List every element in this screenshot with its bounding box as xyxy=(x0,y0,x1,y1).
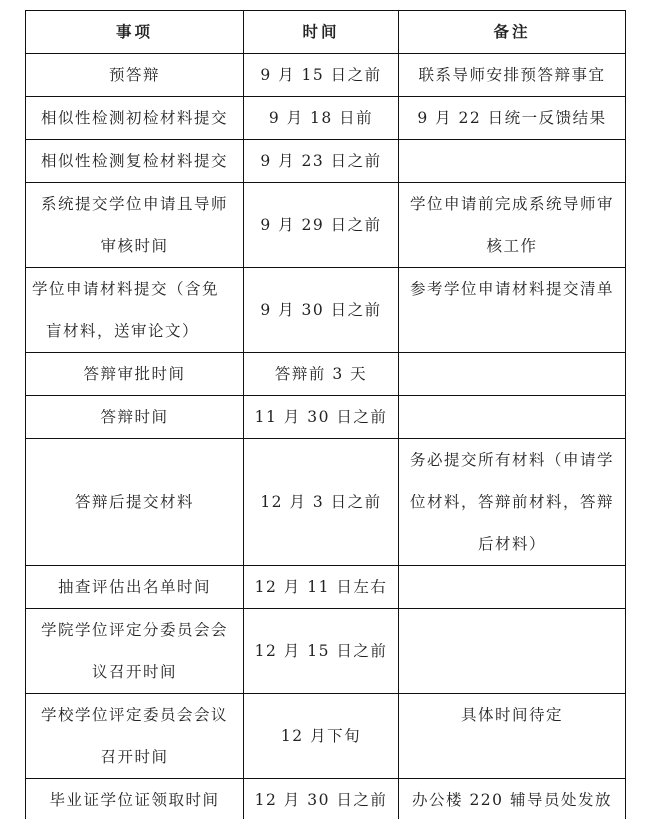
table-row: 学位申请材料提交（含免 盲材料，送审论文） 9 月 30 日之前 参考学位申请材… xyxy=(26,268,626,353)
cell-note xyxy=(399,396,626,439)
cell-time: 9 月 15 日之前 xyxy=(244,54,399,97)
table-row: 学校学位评定委员会会议 召开时间 12 月下旬 具体时间待定 xyxy=(26,694,626,779)
header-item: 事项 xyxy=(26,11,244,54)
cell-time: 答辩前 3 天 xyxy=(244,353,399,396)
cell-item: 抽查评估出名单时间 xyxy=(26,566,244,609)
table-row: 抽查评估出名单时间 12 月 11 日左右 xyxy=(26,566,626,609)
cell-item: 预答辩 xyxy=(26,54,244,97)
cell-note xyxy=(399,566,626,609)
cell-time: 9 月 29 日之前 xyxy=(244,183,399,268)
cell-time: 12 月 11 日左右 xyxy=(244,566,399,609)
cell-time: 12 月 30 日之前 xyxy=(244,779,399,819)
cell-time: 11 月 30 日之前 xyxy=(244,396,399,439)
cell-note: 联系导师安排预答辩事宜 xyxy=(399,54,626,97)
cell-item: 答辩时间 xyxy=(26,396,244,439)
cell-note: 具体时间待定 xyxy=(399,694,626,779)
cell-item: 相似性检测复检材料提交 xyxy=(26,140,244,183)
cell-note xyxy=(399,140,626,183)
cell-item: 答辩审批时间 xyxy=(26,353,244,396)
cell-time: 12 月 3 日之前 xyxy=(244,439,399,566)
table-row: 学院学位评定分委员会会 议召开时间 12 月 15 日之前 xyxy=(26,609,626,694)
cell-time: 9 月 18 日前 xyxy=(244,97,399,140)
cell-time: 9 月 23 日之前 xyxy=(244,140,399,183)
cell-note: 参考学位申请材料提交清单 xyxy=(399,268,626,353)
cell-item: 学位申请材料提交（含免 盲材料，送审论文） xyxy=(26,268,244,353)
cell-item: 毕业证学位证领取时间 xyxy=(26,779,244,819)
header-note: 备注 xyxy=(399,11,626,54)
table-row: 系统提交学位申请且导师 审核时间 9 月 29 日之前 学位申请前完成系统导师审… xyxy=(26,183,626,268)
table-row: 答辩后提交材料 12 月 3 日之前 务必提交所有材料（申请学 位材料，答辩前材… xyxy=(26,439,626,566)
cell-item: 学院学位评定分委员会会 议召开时间 xyxy=(26,609,244,694)
cell-time: 12 月 15 日之前 xyxy=(244,609,399,694)
cell-note: 9 月 22 日统一反馈结果 xyxy=(399,97,626,140)
table-row: 相似性检测复检材料提交 9 月 23 日之前 xyxy=(26,140,626,183)
cell-note xyxy=(399,353,626,396)
cell-note: 学位申请前完成系统导师审 核工作 xyxy=(399,183,626,268)
cell-note xyxy=(399,609,626,694)
table-row: 答辩时间 11 月 30 日之前 xyxy=(26,396,626,439)
cell-time: 12 月下旬 xyxy=(244,694,399,779)
cell-item: 相似性检测初检材料提交 xyxy=(26,97,244,140)
table-row: 毕业证学位证领取时间 12 月 30 日之前 办公楼 220 辅导员处发放 xyxy=(26,779,626,819)
table-row: 相似性检测初检材料提交 9 月 18 日前 9 月 22 日统一反馈结果 xyxy=(26,97,626,140)
cell-note: 务必提交所有材料（申请学 位材料，答辩前材料，答辩 后材料） xyxy=(399,439,626,566)
schedule-table: 事项 时间 备注 预答辩 9 月 15 日之前 联系导师安排预答辩事宜 相似性检… xyxy=(25,10,626,819)
table-row: 预答辩 9 月 15 日之前 联系导师安排预答辩事宜 xyxy=(26,54,626,97)
cell-item: 系统提交学位申请且导师 审核时间 xyxy=(26,183,244,268)
cell-note: 办公楼 220 辅导员处发放 xyxy=(399,779,626,819)
header-row: 事项 时间 备注 xyxy=(26,11,626,54)
cell-item: 答辩后提交材料 xyxy=(26,439,244,566)
cell-time: 9 月 30 日之前 xyxy=(244,268,399,353)
header-time: 时间 xyxy=(244,11,399,54)
table-body: 预答辩 9 月 15 日之前 联系导师安排预答辩事宜 相似性检测初检材料提交 9… xyxy=(26,54,626,819)
table-row: 答辩审批时间 答辩前 3 天 xyxy=(26,353,626,396)
cell-item: 学校学位评定委员会会议 召开时间 xyxy=(26,694,244,779)
